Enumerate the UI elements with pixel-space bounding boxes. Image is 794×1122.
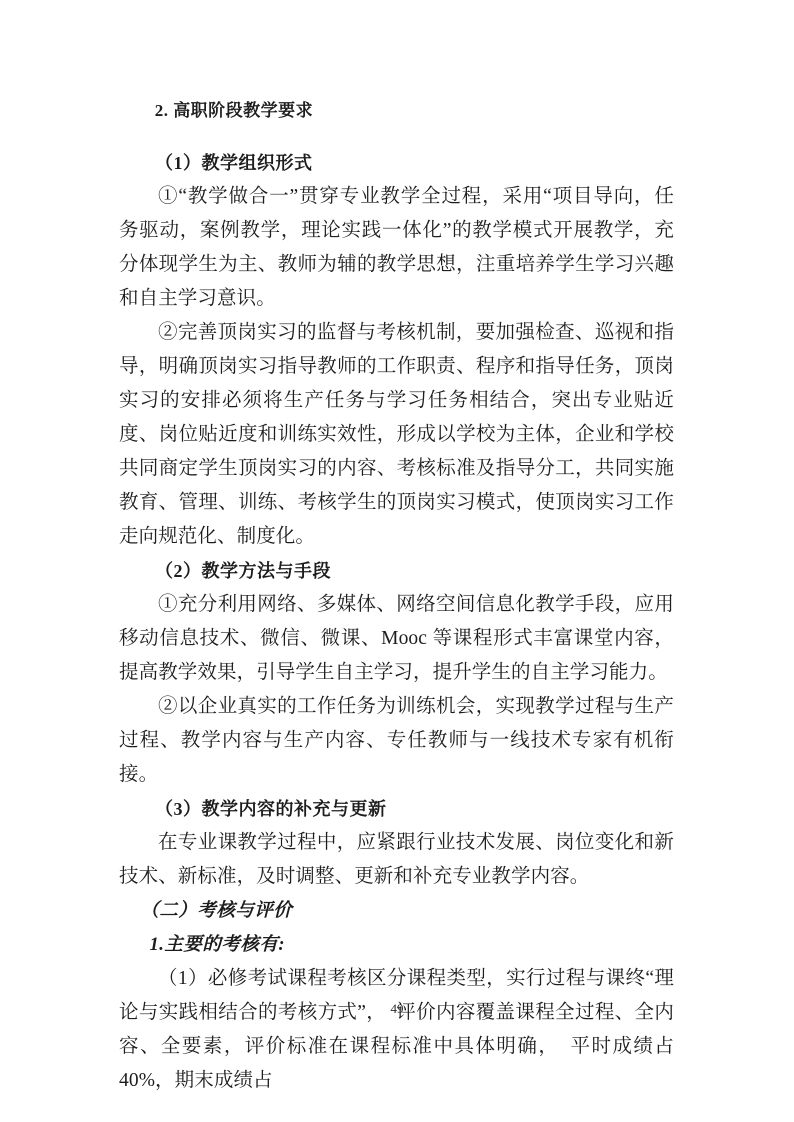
section-title-vocational-teaching-requirements: 2. 高职阶段教学要求 <box>119 94 674 128</box>
paragraph-enterprise-real-tasks: ②以企业真实的工作任务为训练机会，实现教学过程与生产过程、教学内容与生产内容、专… <box>119 690 674 792</box>
subheading-main-assessments: 1.主要的考核有: <box>119 928 674 962</box>
paragraph-teaching-integration: ①“教学做合一”贯穿专业教学全过程，采用“项目导向，任务驱动，案例教学，理论实践… <box>119 180 674 316</box>
heading-teaching-methods-and-means: （2）教学方法与手段 <box>119 554 674 588</box>
paragraph-internship-supervision: ②完善顶岗实习的监督与考核机制，要加强检查、巡视和指导，明确顶岗实习指导教师的工… <box>119 316 674 554</box>
paragraph-follow-industry-development: 在专业课教学过程中，应紧跟行业技术发展、岗位变化和新技术、新标准，及时调整、更新… <box>119 826 674 894</box>
paragraph-network-multimedia-teaching: ①充分利用网络、多媒体、网络空间信息化教学手段，应用移动信息技术、微信、微课、M… <box>119 588 674 690</box>
heading-assessment-and-evaluation: （二）考核与评价 <box>119 894 674 928</box>
document-body: 2. 高职阶段教学要求 （1）教学组织形式 ①“教学做合一”贯穿专业教学全过程，… <box>119 94 674 1098</box>
document-page: 2. 高职阶段教学要求 （1）教学组织形式 ①“教学做合一”贯穿专业教学全过程，… <box>0 0 794 1122</box>
heading-teaching-organization-form: （1）教学组织形式 <box>119 146 674 180</box>
page-number: 49 <box>0 1001 794 1017</box>
paragraph-required-exam-courses: （1）必修考试课程考核区分课程类型，实行过程与课终“理论与实践相结合的考核方式”… <box>119 962 674 1098</box>
heading-teaching-content-update: （3）教学内容的补充与更新 <box>119 792 674 826</box>
